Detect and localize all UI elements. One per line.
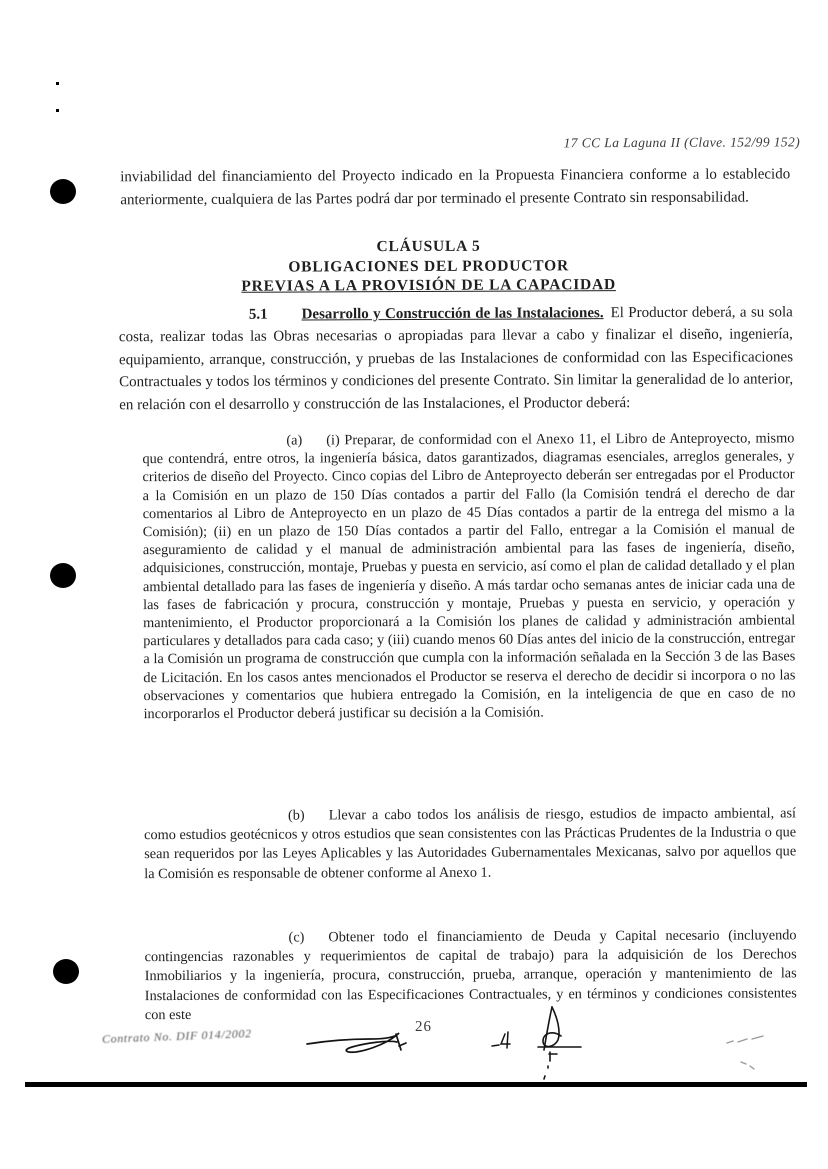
section-5-1-paragraph: 5.1Desarrollo y Construcción de las Inst… (119, 301, 793, 416)
subparagraph-b-text: Llevar a cabo todos los análisis de ries… (144, 805, 796, 881)
scanned-contract-page: 17 CC La Laguna II (Clave. 152/99 152) i… (0, 0, 828, 1169)
intro-paragraph: inviabilidad del financiamiento del Proy… (120, 163, 790, 211)
subparagraph-a-label: (a) (286, 432, 302, 448)
subparagraph-a-text: (i) Preparar, de conformidad con el Anex… (142, 430, 795, 722)
subparagraph-b: (b)Llevar a cabo todos los análisis de r… (144, 804, 796, 884)
subparagraph-c-label: (c) (289, 929, 305, 945)
section-number: 5.1 (249, 307, 268, 323)
punch-hole-mark-top (50, 179, 76, 204)
page-number: 26 (415, 1019, 432, 1036)
punch-hole-mark-bottom (53, 959, 79, 984)
punch-hole-mark-middle (50, 563, 76, 588)
scan-speck (56, 82, 59, 85)
clause-title-line3: PREVIAS A LA PROVISIÓN DE LA CAPACIDAD (90, 274, 768, 296)
subparagraph-c: (c)Obtener todo el financiamiento de Deu… (145, 926, 797, 1025)
scan-edge-bar (25, 1082, 807, 1087)
footer-contract-number: Contrato No. DIF 014/2002 (102, 1026, 252, 1047)
scan-speck (56, 109, 59, 112)
subparagraph-b-label: (b) (288, 807, 305, 823)
document-reference-header: 17 CC La Laguna II (Clave. 152/99 152) (0, 134, 800, 153)
section-heading: Desarrollo y Construcción de las Instala… (302, 305, 604, 322)
scan-content-layer: 17 CC La Laguna II (Clave. 152/99 152) i… (0, 0, 828, 1169)
subparagraph-a: (a)(i) Preparar, de conformidad con el A… (142, 429, 795, 723)
clause-title: CLÁUSULA 5 OBLIGACIONES DEL PRODUCTOR PR… (89, 235, 767, 296)
subparagraph-c-text: Obtener todo el financiamiento de Deuda … (145, 927, 797, 1023)
